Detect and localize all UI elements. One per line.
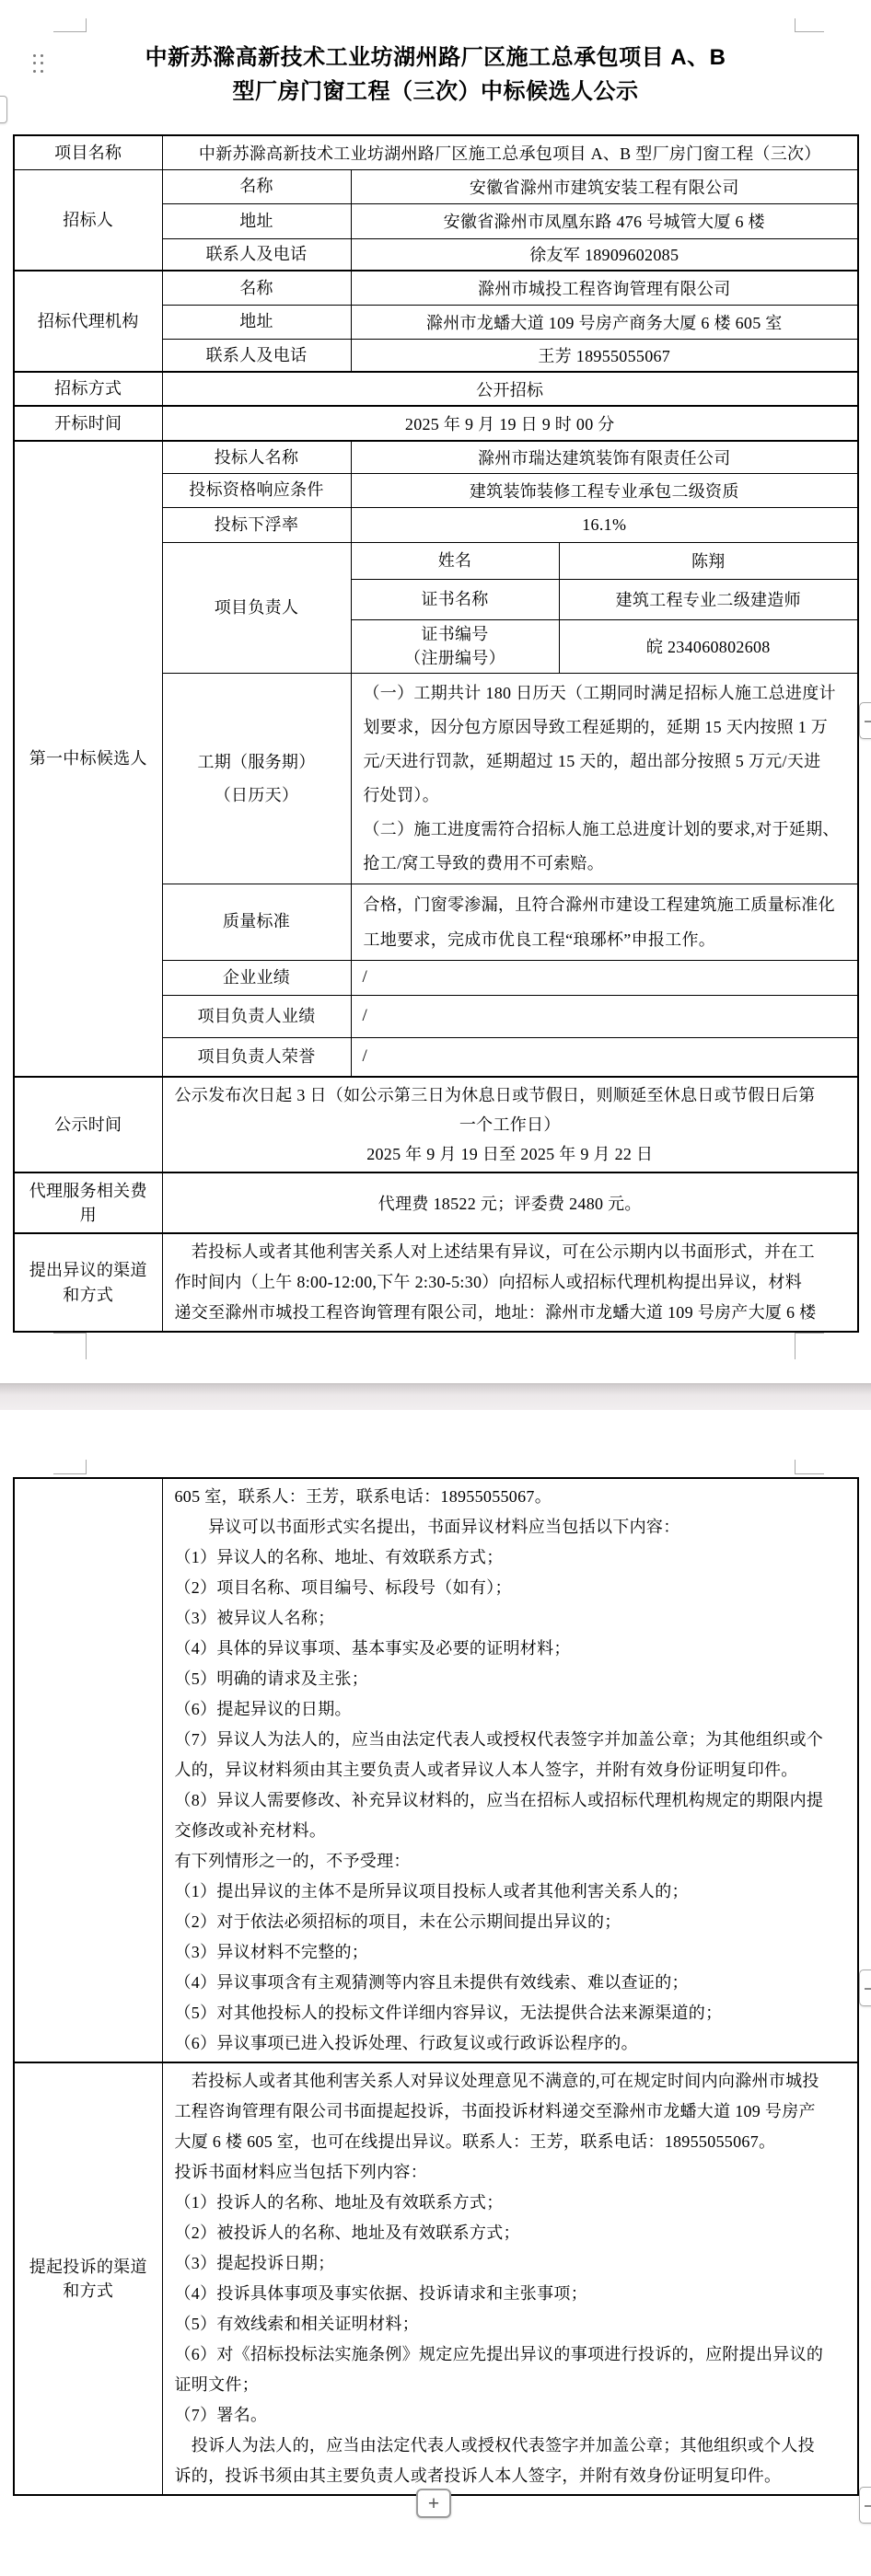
- duration-label: 工期（服务期） （日历天）: [162, 673, 351, 884]
- text-line: （4）异议事项含有主观猜测等内容且未提供有效线索、难以查证的；: [175, 1968, 846, 1998]
- agency-contact-label: 联系人及电话: [162, 339, 351, 372]
- text-line: （7）异议人为法人的，应当由法定代表人或授权代表签字并加盖公章；为其他组织或个: [175, 1725, 846, 1755]
- duration-label-line2: （日历天）: [167, 779, 347, 812]
- text-line: （6）对《招标投标法实施条例》规定应先提出异议的事项进行投诉的，应附提出异议的: [175, 2339, 846, 2370]
- complaint-channel-label-line1: 提起投诉的渠道: [18, 2255, 158, 2279]
- duration-label-line1: 工期（服务期）: [167, 745, 347, 779]
- text-line: 投诉人为法人的，应当由法定代表人或授权代表签字并加盖公章；其他组织或个人投: [175, 2431, 846, 2461]
- bid-opening-time-label: 开标时间: [14, 406, 162, 441]
- agency-name-value: 滁州市城投工程咨询管理有限公司: [351, 271, 858, 305]
- page1-bottom-left-margin-mark: [53, 1333, 87, 1359]
- text-line: （6）提起异议的日期。: [175, 1694, 846, 1725]
- pm-name-label: 姓名: [351, 542, 559, 579]
- bid-result-table: 项目名称 中新苏滁高新技术工业坊湖州路厂区施工总承包项目 A、B 型厂房门窗工程…: [13, 134, 859, 1333]
- page1-top-right-margin-mark: [795, 18, 824, 32]
- objection-channel-label-line1: 提出异议的渠道: [18, 1258, 158, 1282]
- tenderer-address-label: 地址: [162, 203, 351, 238]
- text-line: 大厦 6 楼 605 室，也可在线提出异议。联系人：王芳，联系电话：189550…: [175, 2127, 846, 2157]
- text-line: （5）对其他投标人的投标文件详细内容异议，无法提供合法来源渠道的；: [175, 1998, 846, 2028]
- bidder-name-value: 滁州市瑞达建筑装饰有限责任公司: [351, 441, 858, 473]
- text-line: 工地要求，完成市优良工程“琅琊杯”申报工作。: [364, 922, 846, 957]
- bidder-name-label: 投标人名称: [162, 441, 351, 473]
- text-line: （3）异议材料不完整的；: [175, 1937, 846, 1968]
- project-manager-label: 项目负责人: [162, 542, 351, 673]
- text-line: 证明文件；: [175, 2370, 846, 2400]
- bid-method-label: 招标方式: [14, 372, 162, 406]
- discount-rate-value: 16.1%: [351, 507, 858, 542]
- text-line: 2025 年 9 月 19 日至 2025 年 9 月 22 日: [175, 1139, 846, 1169]
- text-line: 一个工作日）: [175, 1110, 846, 1139]
- text-line: （1）异议人的名称、地址、有效联系方式；: [175, 1542, 846, 1573]
- agency-fee-value: 代理费 18522 元；评委费 2480 元。: [162, 1172, 858, 1233]
- text-line: 划要求，因分包方原因导致工程延期的，延期 15 天内按照 1 万: [364, 710, 846, 745]
- quality-standard-value: 合格，门窗零渗漏，且符合滁州市建设工程建筑施工质量标准化工地要求，完成市优良工程…: [351, 884, 858, 960]
- pm-cert-number-value: 皖 234060802608: [559, 619, 858, 673]
- page1-bottom-right-margin-mark: [795, 1333, 824, 1359]
- text-line: （2）项目名称、项目编号、标段号（如有）；: [175, 1573, 846, 1603]
- text-line: 若投标人或者其他利害关系人对异议处理意见不满意的,可在规定时间内向滁州市城投: [175, 2066, 846, 2097]
- tenderer-name-value: 安徽省滁州市建筑安装工程有限公司: [351, 169, 858, 203]
- enterprise-performance-value: /: [351, 960, 858, 995]
- text-line: 若投标人或者其他利害关系人对上述结果有异议，可在公示期内以书面形式，并在工: [175, 1237, 846, 1267]
- text-line: （2）被投诉人的名称、地址及有效联系方式；: [175, 2218, 846, 2248]
- quality-standard-label: 质量标准: [162, 884, 351, 960]
- pm-cert-name-value: 建筑工程专业二级建造师: [559, 579, 858, 619]
- text-line: 异议可以书面形式实名提出，书面异议材料应当包括以下内容：: [175, 1512, 846, 1542]
- agency-name-label: 名称: [162, 271, 351, 305]
- objection-channel-label: 提出异议的渠道 和方式: [14, 1233, 162, 1332]
- pm-cert-number-label-line2: （注册编号）: [355, 646, 555, 670]
- tenderer-contact-label: 联系人及电话: [162, 238, 351, 271]
- text-line: 作时间内（上午 8:00-12:00,下午 2:30-5:30）向招标人或招标代…: [175, 1267, 846, 1298]
- page2-top-left-margin-mark: [53, 1460, 87, 1474]
- text-line: （5）有效线索和相关证明材料；: [175, 2309, 846, 2339]
- text-line: 元/天进行罚款，延期超过 15 天的，超出部分按照 5 万元/天进: [364, 745, 846, 779]
- text-line: （7）署名。: [175, 2400, 846, 2431]
- objection-continued-label: [14, 1478, 162, 2062]
- agency-label: 招标代理机构: [14, 271, 162, 372]
- pm-performance-value: /: [351, 995, 858, 1037]
- text-line: （5）明确的请求及主张；: [175, 1664, 846, 1694]
- agency-fee-label-line2: 用: [18, 1203, 158, 1227]
- text-line: （8）异议人需要修改、补充异议材料的，应当在招标人或招标代理机构规定的期限内提: [175, 1785, 846, 1816]
- objection-channel-label-line2: 和方式: [18, 1283, 158, 1307]
- pm-name-value: 陈翔: [559, 542, 858, 579]
- text-line: （4）投诉具体事项及事实依据、投诉请求和主张事项；: [175, 2279, 846, 2309]
- complaint-channel-label-line2: 和方式: [18, 2279, 158, 2303]
- pm-cert-name-label: 证书名称: [351, 579, 559, 619]
- page-title-line2: 型厂房门窗工程（三次）中标候选人公示: [64, 75, 807, 109]
- agency-fee-label: 代理服务相关费 用: [14, 1172, 162, 1233]
- tenderer-name-label: 名称: [162, 169, 351, 203]
- text-line: 抢工/窝工导致的费用不可索赔。: [364, 847, 846, 881]
- text-line: （二）施工进度需符合招标人施工总进度计划的要求,对于延期、: [364, 813, 846, 847]
- bid-method-value: 公开招标: [162, 372, 858, 406]
- text-line: 投诉书面材料应当包括下列内容：: [175, 2157, 846, 2188]
- text-line: 递交至滁州市城投工程咨询管理有限公司，地址：滁州市龙蟠大道 109 号房产大厦 …: [175, 1298, 846, 1328]
- project-name-label: 项目名称: [14, 135, 162, 169]
- text-line: 有下列情形之一的，不予受理：: [175, 1846, 846, 1877]
- paragraph-drag-handle-icon[interactable]: [30, 52, 45, 75]
- text-line: 合格，门窗零渗漏，且符合滁州市建设工程建筑施工质量标准化: [364, 887, 846, 922]
- tenderer-label: 招标人: [14, 169, 162, 271]
- collapsed-right-edge-button-3[interactable]: [859, 2487, 871, 2524]
- objection-channel-value: 若投标人或者其他利害关系人对上述结果有异议，可在公示期内以书面形式，并在工作时间…: [162, 1233, 858, 1332]
- document-page-2: 605 室，联系人：王芳，联系电话：18955055067。 异议可以书面形式实…: [0, 1410, 871, 2576]
- text-line: 公示发布次日起 3 日（如公示第三日为休息日或节假日，则顺延至休息日或节假日后第: [175, 1080, 846, 1110]
- pm-cert-number-label-line1: 证书编号: [355, 622, 555, 646]
- agency-address-value: 滁州市龙蟠大道 109 号房产商务大厦 6 楼 605 室: [351, 305, 858, 339]
- text-line: （一）工期共计 180 日历天（工期同时满足招标人施工总进度计: [364, 676, 846, 710]
- collapsed-left-edge-button[interactable]: [0, 96, 7, 123]
- tenderer-address-value: 安徽省滁州市凤凰东路 476 号城管大厦 6 楼: [351, 203, 858, 238]
- text-line: （3）被异议人名称；: [175, 1603, 846, 1634]
- project-name-value: 中新苏滁高新技术工业坊湖州路厂区施工总承包项目 A、B 型厂房门窗工程（三次）: [162, 135, 858, 169]
- pm-performance-label: 项目负责人业绩: [162, 995, 351, 1037]
- text-line: （1）投诉人的名称、地址及有效联系方式；: [175, 2188, 846, 2218]
- pm-honor-value: /: [351, 1037, 858, 1077]
- text-line: 工程咨询管理有限公司书面提起投诉，书面投诉材料递交至滁州市龙蟠大道 109 号房…: [175, 2097, 846, 2127]
- page1-top-left-margin-mark: [53, 18, 87, 32]
- publicity-time-value: 公示发布次日起 3 日（如公示第三日为休息日或节假日，则顺延至休息日或节假日后第…: [162, 1077, 858, 1172]
- objection-continued-value: 605 室，联系人：王芳，联系电话：18955055067。 异议可以书面形式实…: [162, 1478, 858, 2062]
- text-line: 行处罚）。: [364, 779, 846, 813]
- text-line: （6）异议事项已进入投诉处理、行政复议或行政诉讼程序的。: [175, 2028, 846, 2059]
- duration-value: （一）工期共计 180 日历天（工期同时满足招标人施工总进度计划要求，因分包方原…: [351, 673, 858, 884]
- complaint-channel-label: 提起投诉的渠道 和方式: [14, 2062, 162, 2495]
- text-line: 诉的，投诉书须由其主要负责人或者投诉人本人签字，并附有效身份证明复印件。: [175, 2461, 846, 2491]
- pm-cert-number-label: 证书编号 （注册编号）: [351, 619, 559, 673]
- page-gap-separator: [0, 1383, 871, 1412]
- document-page-1: 中新苏滁高新技术工业坊湖州路厂区施工总承包项目 A、B 型厂房门窗工程（三次）中…: [0, 0, 871, 1383]
- bid-opening-time-value: 2025 年 9 月 19 日 9 时 00 分: [162, 406, 858, 441]
- page2-top-right-margin-mark: [795, 1460, 824, 1474]
- tenderer-contact-value: 徐友军 18909602085: [351, 238, 858, 271]
- add-content-button[interactable]: +: [416, 2489, 451, 2518]
- page-title: 中新苏滁高新技术工业坊湖州路厂区施工总承包项目 A、B 型厂房门窗工程（三次）中…: [64, 40, 807, 109]
- agency-contact-value: 王芳 18955055067: [351, 339, 858, 372]
- collapsed-right-edge-button-2[interactable]: [859, 1970, 871, 2006]
- agency-fee-label-line1: 代理服务相关费: [18, 1179, 158, 1203]
- discount-rate-label: 投标下浮率: [162, 507, 351, 542]
- text-line: 人的，异议材料须由其主要负责人或者异议人本人签字，并附有效身份证明复印件。: [175, 1755, 846, 1785]
- agency-address-label: 地址: [162, 305, 351, 339]
- text-line: （3）提起投诉日期；: [175, 2248, 846, 2279]
- text-line: 交修改或补充材料。: [175, 1816, 846, 1846]
- text-line: 605 室，联系人：王芳，联系电话：18955055067。: [175, 1482, 846, 1512]
- document-viewer: { "title": { "line1": "中新苏滁高新技术工业坊湖州路厂区施…: [0, 0, 871, 2576]
- qualification-label: 投标资格响应条件: [162, 473, 351, 507]
- enterprise-performance-label: 企业业绩: [162, 960, 351, 995]
- text-line: （2）对于依法必须招标的项目，未在公示期间提出异议的；: [175, 1907, 846, 1937]
- qualification-value: 建筑装饰装修工程专业承包二级资质: [351, 473, 858, 507]
- pm-honor-label: 项目负责人荣誉: [162, 1037, 351, 1077]
- text-line: （4）具体的异议事项、基本事实及必要的证明材料；: [175, 1634, 846, 1664]
- text-line: （1）提出异议的主体不是所异议项目投标人或者其他利害关系人的；: [175, 1877, 846, 1907]
- first-candidate-label: 第一中标候选人: [14, 441, 162, 1077]
- collapsed-right-edge-button[interactable]: [859, 702, 871, 739]
- publicity-time-label: 公示时间: [14, 1077, 162, 1172]
- page-title-line1: 中新苏滁高新技术工业坊湖州路厂区施工总承包项目 A、B: [64, 40, 807, 75]
- complaint-channel-value: 若投标人或者其他利害关系人对异议处理意见不满意的,可在规定时间内向滁州市城投工程…: [162, 2062, 858, 2495]
- bid-result-table-continued: 605 室，联系人：王芳，联系电话：18955055067。 异议可以书面形式实…: [13, 1477, 859, 2496]
